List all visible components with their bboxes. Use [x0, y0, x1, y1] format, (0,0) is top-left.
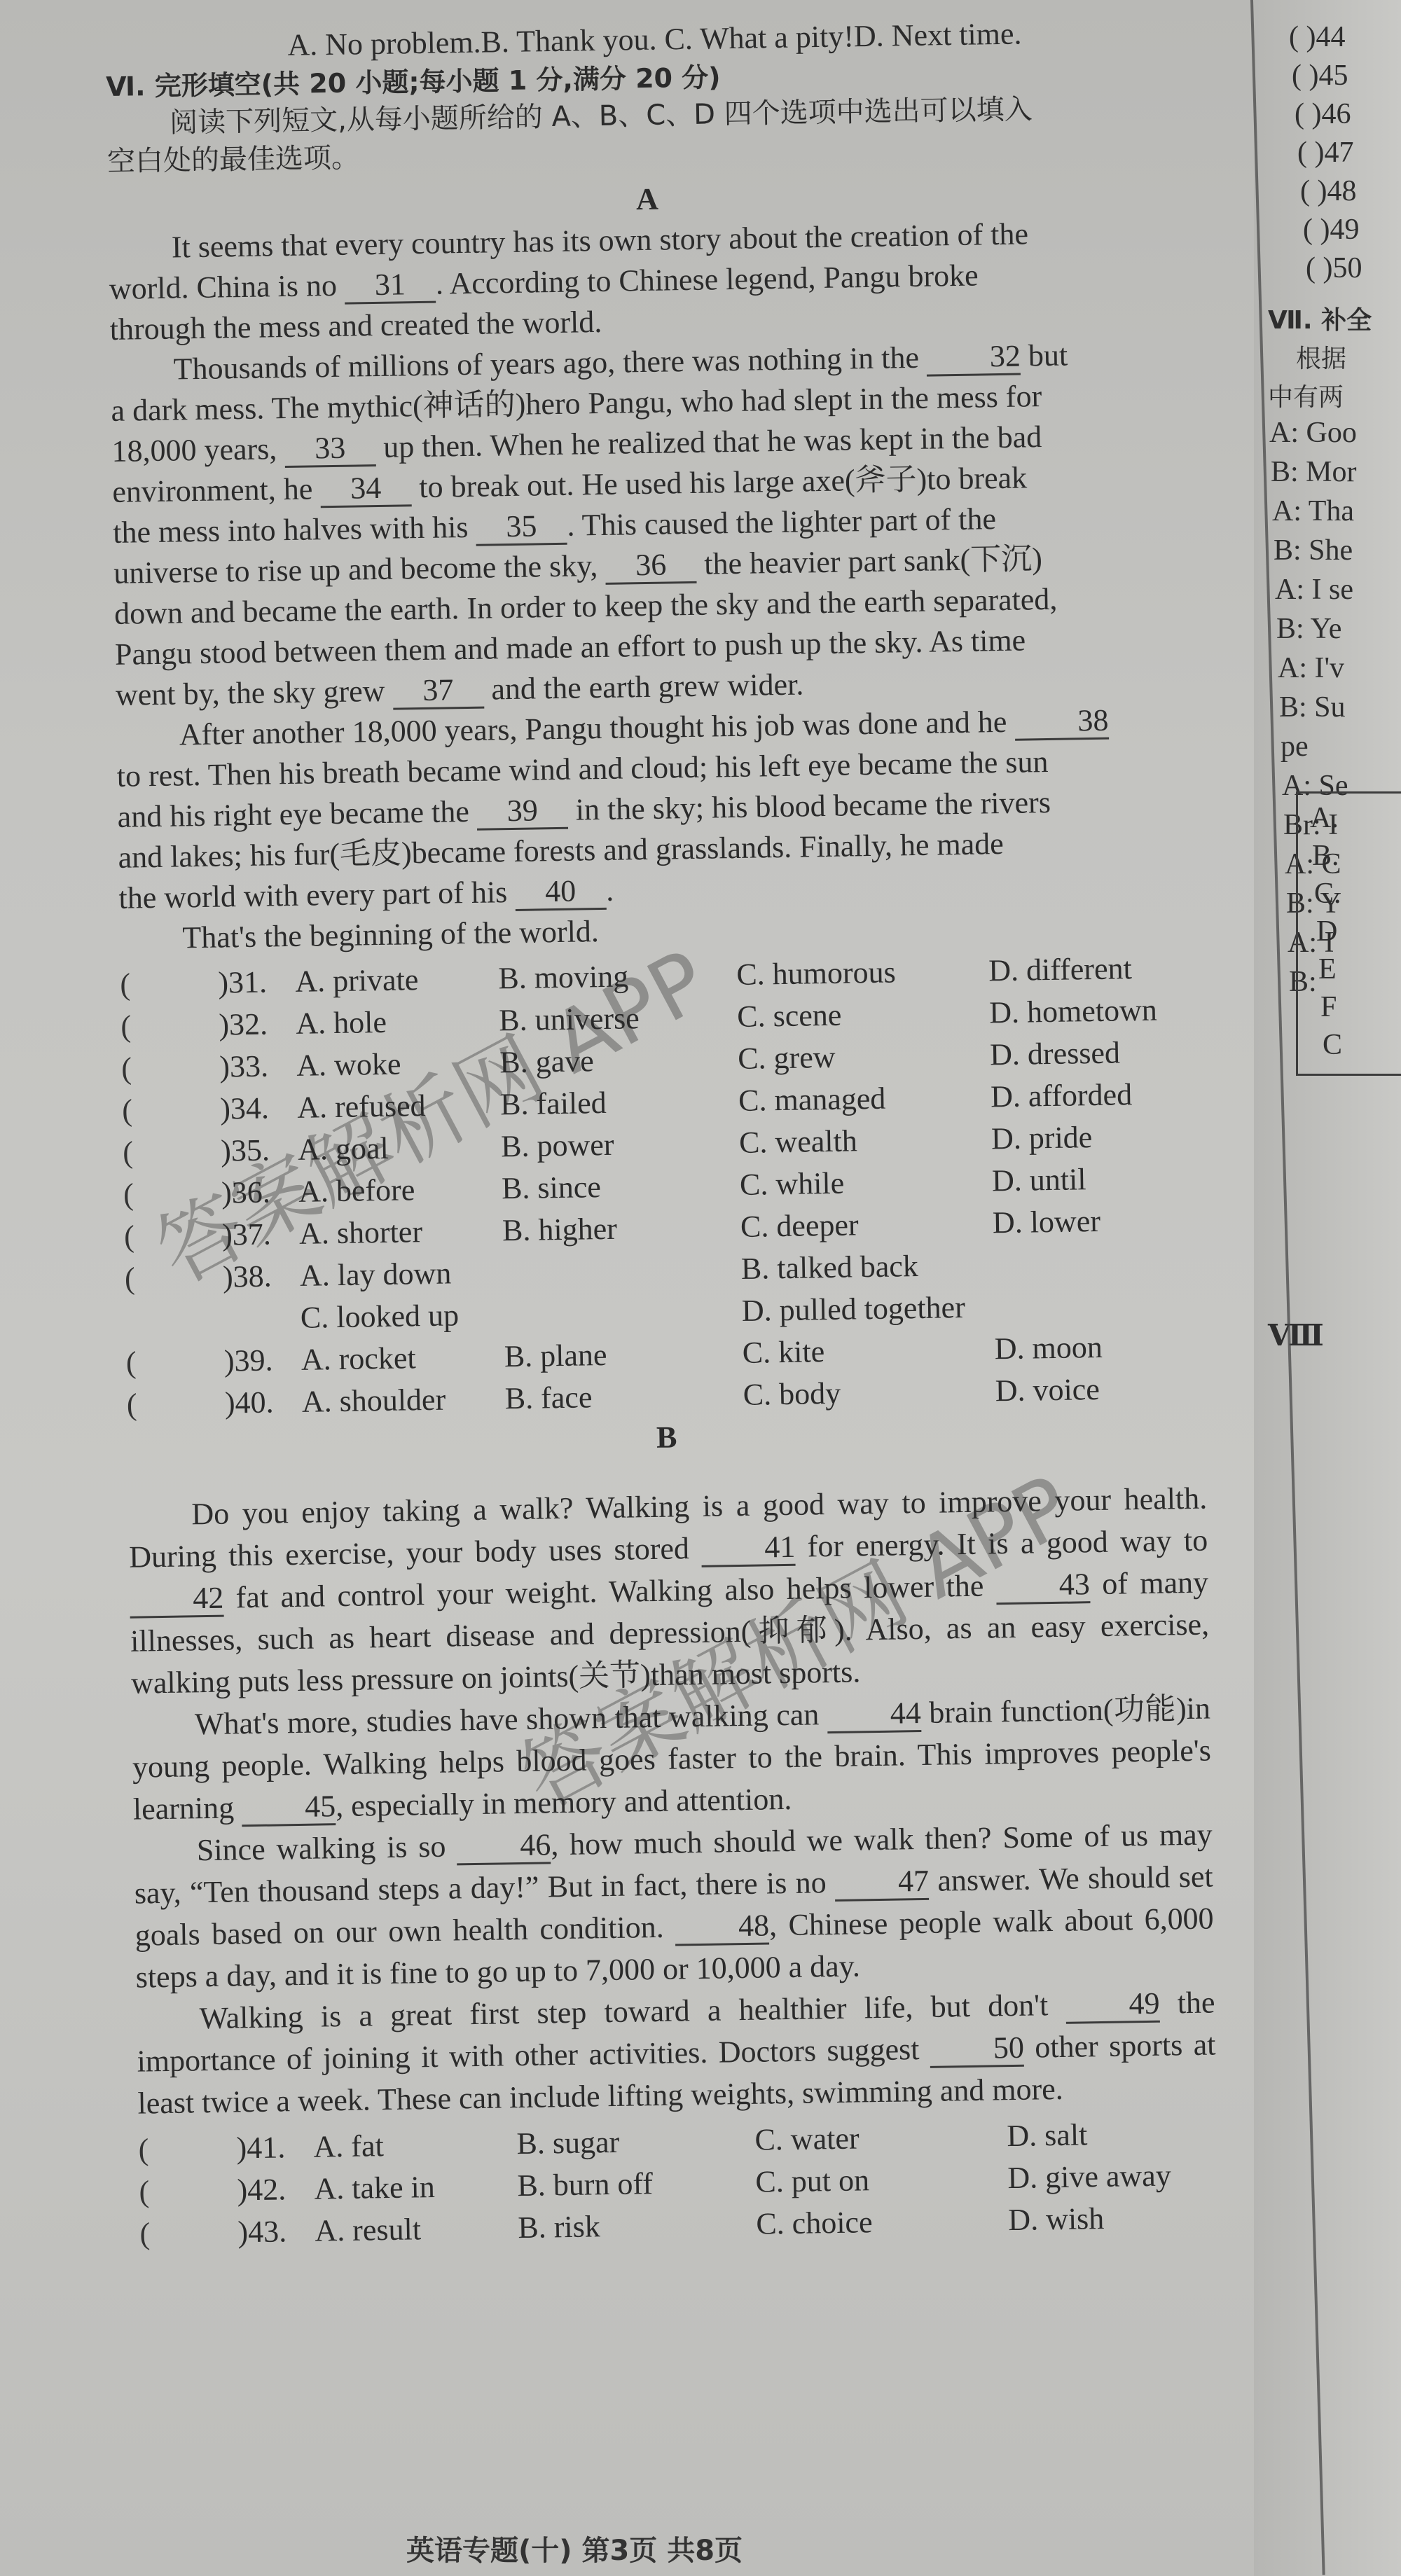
option-b: B. burn off — [517, 2161, 756, 2207]
dialogue-line: A: I'v — [1278, 649, 1344, 688]
option-c: C. humorous — [736, 950, 989, 996]
answer-paren[interactable]: ( — [124, 1214, 223, 1258]
option-a: A. rocket — [301, 1336, 504, 1381]
blank-44: 44 — [827, 1696, 921, 1733]
blank-45: 45 — [242, 1789, 336, 1827]
option-c: C. choice — [756, 2199, 1009, 2245]
spacer — [223, 1297, 301, 1341]
option-c: C. scene — [737, 992, 990, 1038]
answer-paren[interactable]: ( — [123, 1172, 222, 1216]
option-a: A. take in — [314, 2165, 518, 2210]
spacer — [125, 1299, 224, 1342]
section-vii-instruction: 根据 — [1296, 340, 1346, 379]
option-a: A. fat — [313, 2123, 517, 2168]
option-d: D. moon — [994, 1324, 1219, 1370]
option-c: C. looked up — [300, 1290, 742, 1339]
option-a: A. woke — [296, 1041, 500, 1087]
box-option: C — [1323, 1025, 1342, 1065]
question-number: )31. — [218, 961, 296, 1004]
option-b: B. failed — [500, 1080, 739, 1126]
adjacent-question-stub: ( )49 — [1303, 210, 1359, 249]
dialogue-line: B: She — [1274, 531, 1353, 570]
adjacent-question-stub: ( )46 — [1295, 95, 1351, 134]
option-d: D. lower — [992, 1198, 1217, 1244]
option-b: B. universe — [499, 996, 738, 1041]
box-option: F — [1320, 988, 1337, 1027]
question-number: )33. — [219, 1045, 297, 1088]
blank-47: 47 — [835, 1864, 930, 1902]
option-a: A. shorter — [299, 1210, 503, 1255]
blank-50: 50 — [930, 2031, 1024, 2068]
question-number: )41. — [236, 2126, 314, 2170]
passage-paragraph: Since walking is so 46, how much should … — [133, 1813, 1215, 1998]
blank-37: 37 — [392, 673, 484, 710]
passage-a: It seems that every country has its own … — [108, 211, 1212, 959]
option-d: D. dressed — [990, 1030, 1215, 1076]
blank-38: 38 — [1014, 704, 1109, 741]
box-option: E — [1318, 950, 1337, 989]
box-option: D — [1316, 912, 1337, 951]
answer-paren[interactable]: ( — [139, 2169, 237, 2213]
blank-41: 41 — [701, 1530, 796, 1567]
blank-48: 48 — [675, 1909, 770, 1946]
adjacent-question-stub: ( )45 — [1292, 56, 1348, 95]
option-d: D. afforded — [991, 1072, 1215, 1118]
option-b: B. plane — [504, 1332, 743, 1378]
answer-paren[interactable]: ( — [138, 2127, 237, 2170]
option-c: C. grew — [738, 1034, 991, 1080]
answer-paren[interactable]: ( — [125, 1256, 223, 1300]
blank-49: 49 — [1065, 1987, 1160, 2024]
adjacent-question-stub: ( )50 — [1306, 249, 1362, 288]
blank-32: 32 — [927, 340, 1021, 377]
blank-39: 39 — [476, 794, 568, 831]
option-c: C. deeper — [740, 1202, 993, 1248]
adjacent-page: ( )44( )45( )46( )47( )48( )49( )50 Ⅶ. 补… — [1254, 0, 1401, 2576]
passage-b: Do you enjoy taking a walk? Walking is a… — [128, 1477, 1231, 2124]
page-content: A. No problem.B. Thank you. C. What a pi… — [105, 11, 1233, 2255]
question-number: )42. — [237, 2168, 315, 2212]
blank-34: 34 — [320, 471, 412, 508]
option-d: D. pulled together — [741, 1282, 1218, 1332]
option-d: D. voice — [995, 1366, 1220, 1412]
adjacent-question-stub: ( )48 — [1300, 172, 1356, 211]
question-number: )32. — [219, 1003, 296, 1046]
passage-paragraph: Do you enjoy taking a walk? Walking is a… — [128, 1478, 1210, 1705]
dialogue-line: pe — [1281, 727, 1309, 766]
option-c: C. kite — [742, 1328, 995, 1374]
question-number: )34. — [220, 1087, 298, 1130]
answer-paren[interactable]: ( — [122, 1088, 221, 1132]
option-b: B. talked back — [740, 1240, 1217, 1290]
questions-a: ()31.A. privateB. movingC. humorousD. di… — [120, 946, 1220, 1425]
option-d: D. give away — [1007, 2154, 1232, 2199]
box-option: B. — [1312, 836, 1339, 875]
option-a: A. private — [295, 957, 499, 1003]
dialogue-line: B: Ye — [1276, 609, 1341, 649]
dialogue-line: B: Su — [1279, 688, 1346, 727]
option-a: A. lay down — [300, 1248, 742, 1297]
blank-42: 42 — [130, 1581, 224, 1619]
question-number: )40. — [224, 1381, 302, 1425]
option-c: C. water — [754, 2115, 1007, 2161]
option-c: C. managed — [738, 1076, 991, 1122]
box-option: A. — [1310, 798, 1339, 838]
exam-page: A. No problem.B. Thank you. C. What a pi… — [0, 0, 1275, 2576]
question-number: )43. — [237, 2210, 315, 2254]
option-d: D. salt — [1007, 2112, 1231, 2157]
blank-36: 36 — [605, 548, 697, 585]
answer-paren[interactable]: ( — [120, 962, 219, 1006]
adjacent-question-stub: ( )44 — [1289, 18, 1345, 57]
blank-43: 43 — [995, 1567, 1090, 1605]
section-vii-heading: Ⅶ. 补全 — [1268, 301, 1372, 340]
option-b: B. risk — [518, 2203, 757, 2249]
option-c: C. wealth — [739, 1118, 992, 1164]
option-c: C. while — [740, 1160, 993, 1206]
section-viii-heading: Ⅷ — [1268, 1317, 1324, 1356]
question-number: )38. — [223, 1255, 301, 1299]
passage-paragraph: Walking is a great first step toward a h… — [136, 1981, 1217, 2124]
dialogue-line: B: Mor — [1271, 452, 1357, 492]
questions-b: ()41.A. fatB. sugarC. waterD. salt()42.A… — [138, 2112, 1233, 2255]
answer-paren[interactable]: ( — [120, 1004, 219, 1048]
answer-paren[interactable]: ( — [126, 1383, 225, 1426]
answer-paren[interactable]: ( — [123, 1130, 221, 1174]
question-number: )37. — [222, 1213, 300, 1256]
option-a: A. hole — [296, 999, 499, 1045]
page-footer: 英语专题(十) 第3页 共8页 — [0, 2528, 1149, 2568]
option-d: D. pride — [991, 1114, 1216, 1160]
answer-paren[interactable]: ( — [139, 2211, 238, 2255]
adjacent-question-stub: ( )47 — [1297, 133, 1353, 172]
question-number: )35. — [221, 1129, 298, 1172]
option-a: A. shoulder — [301, 1378, 505, 1423]
option-c: C. put on — [755, 2157, 1008, 2203]
option-a: A. before — [298, 1168, 502, 1213]
option-b: B. face — [504, 1374, 743, 1420]
dialogue-line: A: I se — [1275, 570, 1353, 609]
blank-33: 33 — [284, 431, 376, 468]
option-b: B. moving — [498, 954, 737, 999]
blank-40: 40 — [515, 874, 607, 911]
question-number: )39. — [223, 1339, 301, 1383]
option-c: C. body — [743, 1370, 995, 1416]
dialogue-line: A: Goo — [1269, 413, 1357, 452]
option-b: B. since — [502, 1164, 740, 1210]
passage-paragraph: What's more, studies have shown that wal… — [132, 1688, 1213, 1831]
answer-paren[interactable]: ( — [121, 1046, 220, 1090]
option-d: D. hometown — [989, 988, 1214, 1034]
section-vii-instruction: 中有两 — [1268, 378, 1344, 417]
option-d: D. different — [988, 946, 1213, 992]
question-number: )36. — [221, 1171, 299, 1214]
box-option: C. — [1314, 874, 1341, 913]
option-a: A. goal — [298, 1126, 502, 1171]
option-d: D. until — [992, 1156, 1217, 1202]
option-a: A. result — [315, 2207, 518, 2252]
blank-46: 46 — [457, 1828, 551, 1865]
dialogue-line: A: Tha — [1272, 492, 1354, 531]
option-b: B. gave — [499, 1038, 738, 1083]
option-b: B. power — [501, 1122, 740, 1168]
answer-paren[interactable]: ( — [125, 1341, 224, 1384]
option-b: B. sugar — [516, 2119, 755, 2165]
option-d: D. wish — [1008, 2196, 1233, 2241]
blank-35: 35 — [476, 509, 567, 546]
option-a: A. refused — [297, 1083, 501, 1129]
option-b: B. higher — [502, 1206, 741, 1252]
blank-31: 31 — [345, 268, 436, 305]
